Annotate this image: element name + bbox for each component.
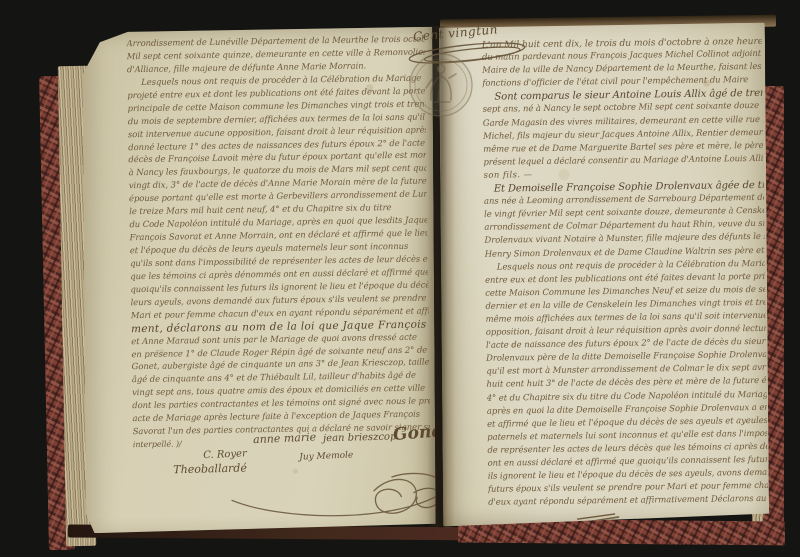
revenue-stamp-icon: [408, 48, 476, 120]
right-page: L'an Mil huit cent dix, le trois du mois…: [439, 23, 769, 527]
paraph-swoosh-flourish-icon: [223, 465, 453, 531]
photograph-of-open-register-book: Arrondissement de Lunéville Département …: [0, 0, 800, 557]
left-page: Arrondissement de Lunéville Département …: [82, 27, 436, 533]
left-page-manuscript-text: Arrondissement de Lunéville Département …: [126, 34, 431, 459]
signature-theoballarde: Theoballardé: [173, 461, 247, 476]
right-page-manuscript-text: L'an Mil huit cent dix, le trois du mois…: [482, 35, 769, 517]
manuscript-line: d'eux ayant répondu séparément et affirm…: [488, 493, 768, 510]
